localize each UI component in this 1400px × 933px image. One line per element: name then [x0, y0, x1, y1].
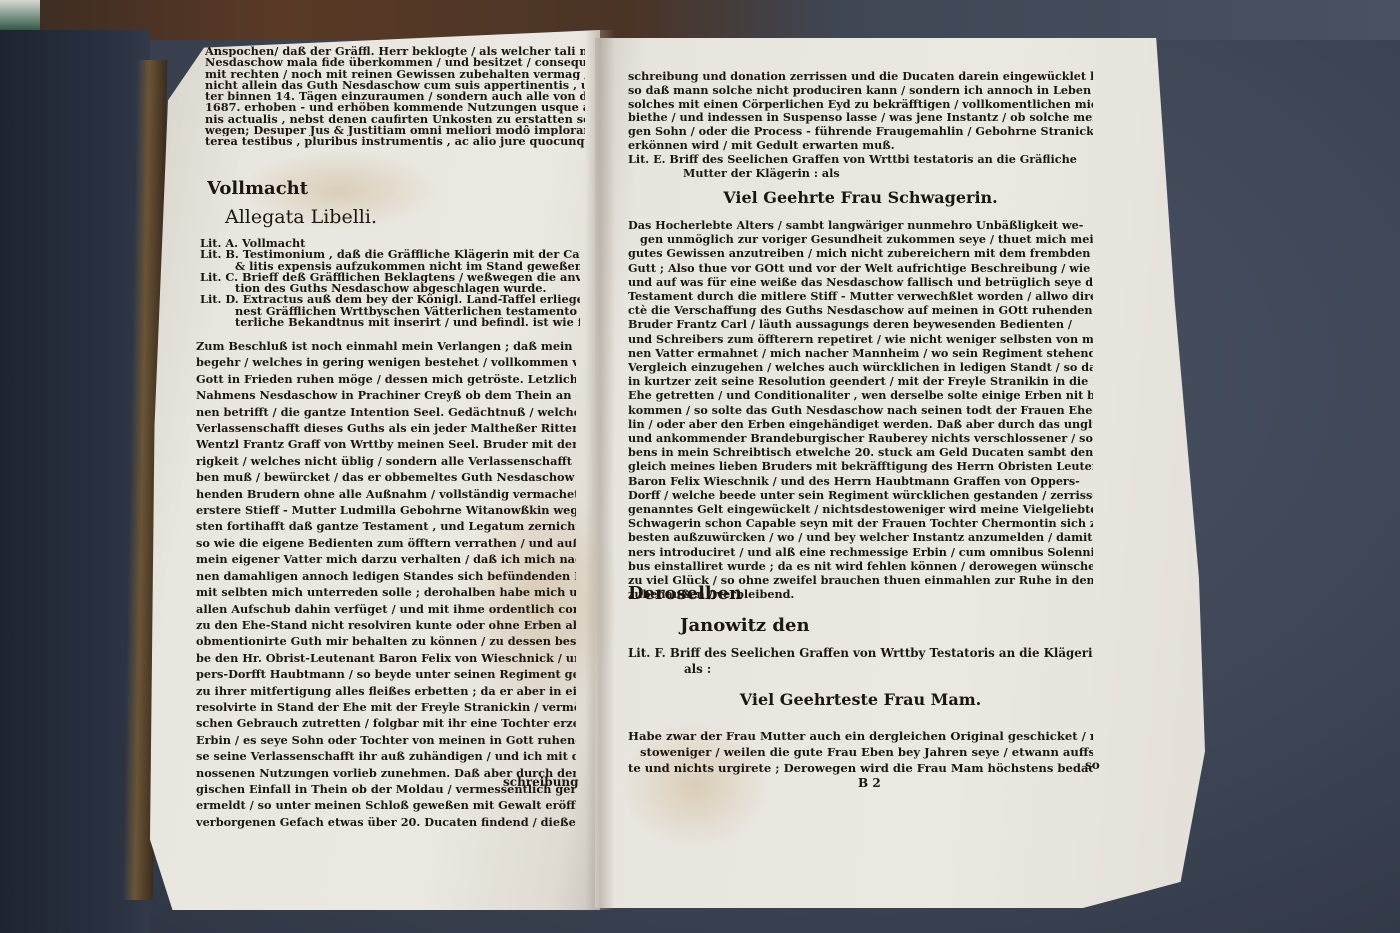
text-line: besten außzuwürcken / wo / und bey welch…	[628, 530, 1093, 544]
text-line: wegen; Desuper Jus & Justitiam omni meli…	[205, 125, 585, 136]
text-line: gutes Gewissen anzutreiben / mich nicht …	[628, 246, 1093, 260]
text-line: mein eigener Vatter mich darzu verhalten…	[196, 551, 576, 567]
left-top-paragraph: Anspochen/ daß der Gräffl. Herr beklogte…	[205, 46, 585, 148]
salutation-schwagerin: Viel Geehrte Frau Schwagerin.	[628, 190, 1093, 206]
text-line: so daß mann solche nicht produciren kann…	[628, 84, 1093, 98]
left-catchword: schreibung	[503, 775, 579, 789]
text-line: zu den Ehe-Stand nicht resolviren kunte …	[196, 617, 576, 633]
letter-f-body: Habe zwar der Frau Mutter auch ein dergl…	[628, 728, 1093, 776]
text-line: Schwagerin schon Capable seyn mit der Fr…	[628, 516, 1093, 530]
text-line: Testament durch die mitlere Stiff - Mutt…	[628, 289, 1093, 303]
text-line: stoweniger / weilen die gute Frau Eben b…	[628, 744, 1093, 760]
text-line: Baron Felix Wieschnik / und des Herrn Ha…	[628, 474, 1093, 488]
text-line: Verlassenschafft dieses Guths als ein je…	[196, 420, 576, 436]
text-line: ermeldt / so unter meinen Schloß geweßen…	[196, 797, 576, 813]
text-line: terea testibus , pluribus instrumentis ,…	[205, 136, 585, 147]
allegata-item: & litis expensis aufzukommen nicht im St…	[200, 261, 580, 272]
text-line: und ankommender Brandeburgischer Raubere…	[628, 431, 1093, 445]
text-line: gen Sohn / oder die Process - führende F…	[628, 125, 1093, 139]
text-line: obmentionirte Guth mir behalten zu könne…	[196, 633, 576, 649]
text-line: so wie die eigene Bedienten zum öfftern …	[196, 535, 576, 551]
text-line: mit rechten / noch mit reinen Gewissen z…	[205, 69, 585, 80]
allegata-item: nest Gräfflichen Wrttbyschen Vätterliche…	[200, 306, 580, 317]
salutation-frau-mam: Viel Geehrteste Frau Mam.	[628, 692, 1093, 708]
text-line: Erbin / es seye Sohn oder Tochter von me…	[196, 732, 576, 748]
book-gutter	[585, 30, 615, 910]
text-line: Dorff / welche beede unter sein Regiment…	[628, 488, 1093, 502]
text-line: nis actualis , nebst denen caufirten Unk…	[205, 114, 585, 125]
left-body: Zum Beschluß ist noch einmahl mein Verla…	[196, 338, 576, 830]
text-line: biethe / und indessen in Suspenso lasse …	[628, 111, 1093, 125]
text-line: Habe zwar der Frau Mutter auch ein dergl…	[628, 728, 1093, 744]
text-line: und auf was für eine weiße das Nesdascho…	[628, 275, 1093, 289]
allegata-item: Lit. B. Testimonium , daß die Gräffliche…	[200, 249, 580, 260]
text-line: Anspochen/ daß der Gräffl. Herr beklogte…	[205, 46, 585, 57]
text-line: ctè die Verschaffung des Guths Nesdascho…	[628, 303, 1093, 317]
text-line: erstere Stieff - Mutter Ludmilla Gebohrn…	[196, 502, 576, 518]
closing-janowitz: Janowitz den	[680, 617, 810, 635]
text-line: nen Vatter ermahnet / mich nacher Mannhe…	[628, 346, 1093, 360]
text-line: rigkeit / welches nicht üblig / sondern …	[196, 453, 576, 469]
closing-deroselben: Deroselben	[628, 585, 742, 603]
text-line: und Schreibers zum öffterern repetiret /…	[628, 332, 1093, 346]
text-line: in kurtzer zeit seine Resolution geender…	[628, 374, 1093, 388]
text-line: allen Aufschub dahin verfüget / und mit …	[196, 601, 576, 617]
allegata-heading: Allegata Libelli.	[225, 208, 377, 227]
text-line: nen damahligen annoch ledigen Standes si…	[196, 568, 576, 584]
text-line: ners introduciret / und alß eine rechmes…	[628, 545, 1093, 559]
signature-mark: B 2	[858, 776, 881, 790]
text-line: gleich meines lieben Bruders mit bekräff…	[628, 459, 1093, 473]
text-line: solches mit einen Cörperlichen Eyd zu be…	[628, 98, 1093, 112]
text-line: Nahmens Nesdaschow in Prachiner Creyß ob…	[196, 387, 576, 403]
text-line: bens in mein Schreibtisch etwelche 20. s…	[628, 445, 1093, 459]
allegata-item: Lit. D. Extractus auß dem bey der Königl…	[200, 294, 580, 305]
text-line: schreibung und donation zerrissen und di…	[628, 70, 1093, 84]
allegata-item: tion des Guths Nesdaschow abgeschlagen w…	[200, 283, 580, 294]
vollmacht-heading: Vollmacht	[207, 180, 308, 198]
text-line: Nesdaschow mala fide überkommen / und be…	[205, 57, 585, 68]
text-line: Das Hocherlebte Alters / sambt langwärig…	[628, 218, 1093, 232]
letter-e-body: Das Hocherlebte Alters / sambt langwärig…	[628, 218, 1093, 601]
text-line: schen Gebrauch zutretten / folgbar mit i…	[196, 715, 576, 731]
text-line: Zum Beschluß ist noch einmahl mein Verla…	[196, 338, 576, 354]
text-line: Gott in Frieden ruhen möge / dessen mich…	[196, 371, 576, 387]
text-line: als :	[628, 661, 1093, 677]
text-line: pers-Dorfft Haubtmann / so beyde unter s…	[196, 666, 576, 682]
text-line: kommen / so solte das Guth Nesdaschow na…	[628, 403, 1093, 417]
text-line: nen betrifft / die gantze Intention Seel…	[196, 404, 576, 420]
text-line: se seine Verlassenschafft ihr auß zuhänd…	[196, 748, 576, 764]
text-line: lin / oder aber den Erben eingehändiget …	[628, 417, 1093, 431]
text-line: be den Hr. Obrist-Leutenant Baron Felix …	[196, 650, 576, 666]
text-line: mit selbten mich unterreden solle ; dero…	[196, 584, 576, 600]
text-line: Bruder Frantz Carl / läuth aussagungs de…	[628, 317, 1093, 331]
letter-e-heading: Lit. E. Briff des Seelichen Graffen von …	[628, 152, 1093, 180]
text-line: sten fortihafft daß gantze Testament , u…	[196, 518, 576, 534]
text-line: resolvirte in Stand der Ehe mit der Frey…	[196, 699, 576, 715]
right-catchword: so	[1085, 758, 1100, 772]
text-line: Gutt ; Also thue vor GOtt und vor der We…	[628, 261, 1093, 275]
allegata-item: terliche Bekandtnus mit inserirt / und b…	[200, 317, 580, 328]
text-line: henden Brudern ohne alle Außnahm / volls…	[196, 486, 576, 502]
allegata-item: Lit. C. Brieff deß Gräfflichen Beklagten…	[200, 272, 580, 283]
allegata-item: Lit. A. Vollmacht	[200, 238, 580, 249]
text-line: ter binnen 14. Tägen einzuraumen / sonde…	[205, 91, 585, 102]
text-line: Ehe getretten / und Conditionaliter , we…	[628, 388, 1093, 402]
text-line: Mutter der Klägerin : als	[628, 166, 1093, 180]
table-background-top	[0, 0, 1400, 40]
text-line: 1687. erhoben - und erhöben kommende Nut…	[205, 102, 585, 113]
text-line: genanntes Gelt eingewückelt / nichtsdest…	[628, 502, 1093, 516]
text-line: Lit. F. Briff des Seelichen Graffen von …	[628, 645, 1093, 661]
text-line: Vergleich einzugehen / welches auch würc…	[628, 360, 1093, 374]
text-line: gen unmöglich zur voriger Gesundheit zuk…	[628, 232, 1093, 246]
right-top-paragraph: schreibung und donation zerrissen und di…	[628, 70, 1093, 153]
text-line: bus einstalliret wurde ; da es nit wird …	[628, 559, 1093, 573]
allegata-list: Lit. A. Vollmacht Lit. B. Testimonium , …	[200, 238, 580, 328]
text-line: te und nichts urgirete ; Derowegen wird …	[628, 760, 1093, 776]
text-line: ben muß / bewürcket / das er obbemeltes …	[196, 469, 576, 485]
text-line: Lit. E. Briff des Seelichen Graffen von …	[628, 152, 1093, 166]
letter-f-heading: Lit. F. Briff des Seelichen Graffen von …	[628, 645, 1093, 677]
text-line: begehr / welches in gering wenigen beste…	[196, 354, 576, 370]
text-line: Wentzl Frantz Graff von Wrttby meinen Se…	[196, 436, 576, 452]
text-line: nicht allein das Guth Nesdaschow cum sui…	[205, 80, 585, 91]
text-line: erkönnen wird / mit Gedult erwarten muß.	[628, 139, 1093, 153]
text-line: zu ihrer mitfertigung alles fleißes erbe…	[196, 683, 576, 699]
text-line: verborgenen Gefach etwas über 20. Ducate…	[196, 814, 576, 830]
